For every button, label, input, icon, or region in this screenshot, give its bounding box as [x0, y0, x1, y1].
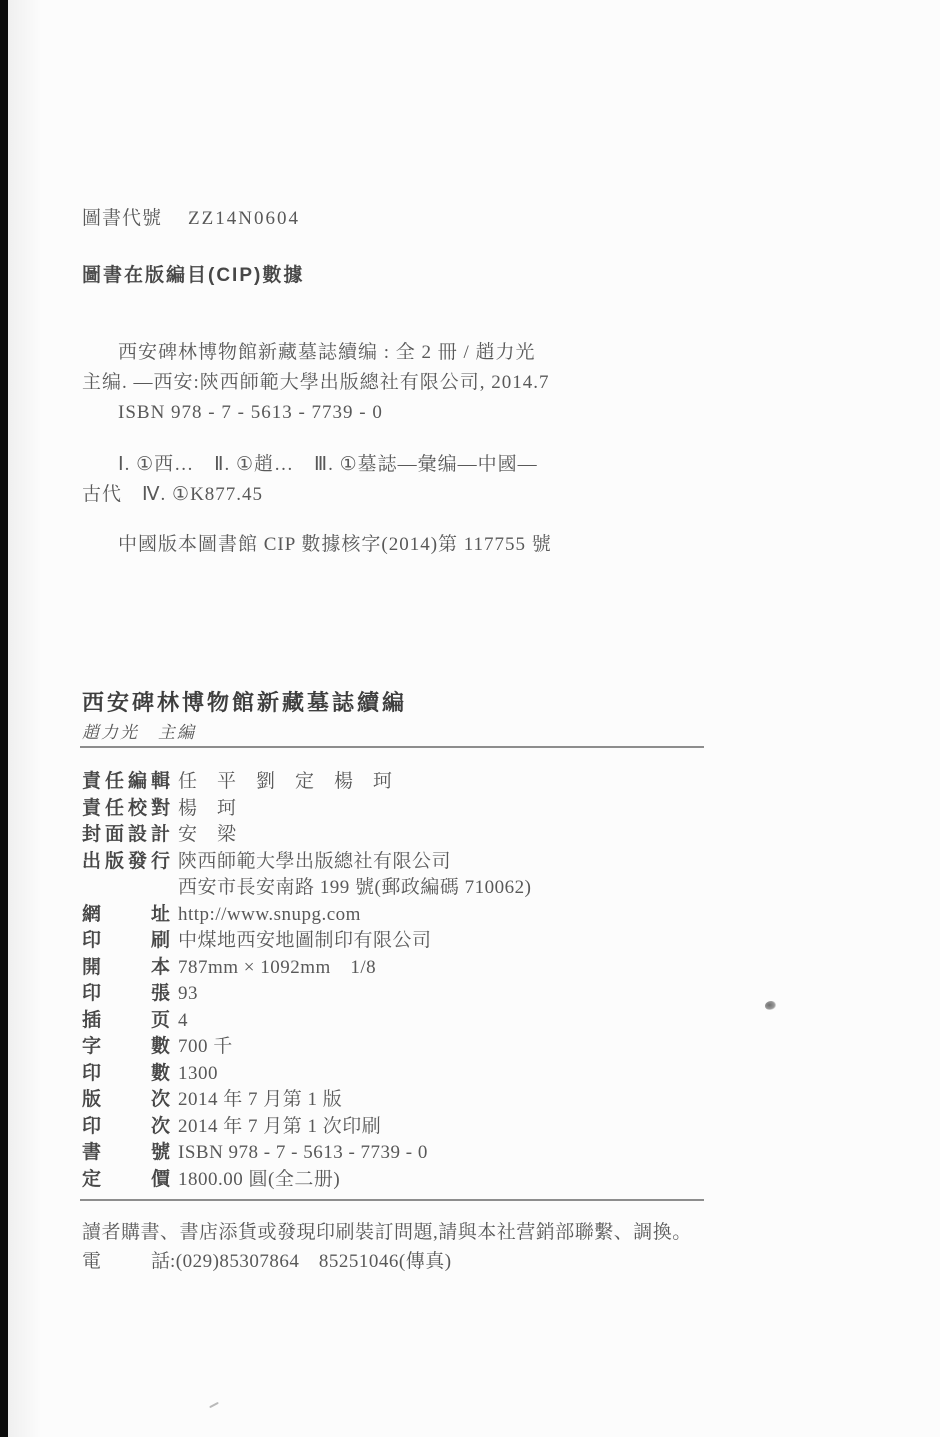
colophon-value: ISBN 978 - 7 - 5613 - 7739 - 0 [178, 1142, 428, 1164]
divider-top [80, 746, 704, 748]
colophon-value: 787mm × 1092mm 1/8 [178, 952, 376, 979]
phone-label: 電話 [82, 1246, 170, 1273]
colophon-row: 封面設計 安 梁 [82, 819, 682, 846]
book-code-value: ZZ14N0604 [188, 208, 300, 229]
colophon-row: 定價 1800.00 圓(全二册) [82, 1164, 682, 1191]
colophon-value: 93 [178, 983, 198, 1005]
colophon-row: 開本 787mm × 1092mm 1/8 [82, 952, 682, 979]
colophon-value: 任 平 劉 定 楊 珂 [178, 766, 393, 793]
colophon-table: 責任編輯 任 平 劉 定 楊 珂 責任校對 楊 珂 封面設計 安 梁 出版發行 … [82, 766, 682, 1190]
colophon-label: 印次 [82, 1111, 170, 1138]
scan-edge-bar [0, 0, 8, 1437]
colophon-row: 字數 700 千 [82, 1031, 682, 1058]
scan-left-shade [8, 0, 42, 1437]
colophon-row: 印數 1300 [82, 1058, 682, 1085]
book-code-label: 圖書代號 [82, 208, 162, 229]
cip-block: 西安碑林博物館新藏墓誌續编 : 全 2 冊 / 趙力光 主编. —西安:陝西師範… [82, 338, 550, 428]
book-title: 西安碑林博物館新藏墓誌續編 [82, 686, 407, 717]
colophon-row: 版次 2014 年 7 月第 1 版 [82, 1084, 682, 1111]
colophon-label: 開本 [82, 952, 170, 979]
colophon-label: 插页 [82, 1005, 170, 1032]
cip-classification: Ⅰ. ①西… Ⅱ. ①趙… Ⅲ. ①墓誌—彙编—中國— 古代 Ⅳ. ①K877.… [82, 450, 538, 510]
colophon-row: 責任校對 楊 珂 [82, 793, 682, 820]
colophon-label: 封面設計 [82, 819, 170, 846]
cip-publisher-line: 主编. —西安:陝西師範大學出版總社有限公司, 2014.7 [82, 368, 550, 398]
colophon-row: 西安市長安南路 199 號(郵政編碼 710062) [82, 872, 682, 899]
cip-isbn-line: ISBN 978 - 7 - 5613 - 7739 - 0 [82, 398, 550, 428]
colophon-value: 1800.00 圓(全二册) [178, 1164, 340, 1191]
colophon-value: 2014 年 7 月第 1 版 [178, 1084, 342, 1111]
book-code-line: 圖書代號ZZ14N0604 [82, 203, 300, 230]
colophon-label: 責任校對 [82, 793, 170, 820]
colophon-value: http://www.snupg.com [178, 904, 361, 926]
classification-line2: 古代 Ⅳ. ①K877.45 [82, 480, 538, 510]
cip-record-number: 中國版本圖書館 CIP 數據核字(2014)第 117755 號 [118, 529, 552, 556]
colophon-label: 書號 [82, 1137, 170, 1164]
cip-title-line: 西安碑林博物館新藏墓誌續编 : 全 2 冊 / 趙力光 [82, 338, 550, 368]
scan-speck [765, 1001, 776, 1010]
colophon-label: 版次 [82, 1084, 170, 1111]
colophon-label: 印張 [82, 978, 170, 1005]
colophon-row: 插页 4 [82, 1005, 682, 1032]
colophon-label: 責任編輯 [82, 766, 170, 793]
colophon-label: 定價 [82, 1164, 170, 1191]
colophon-label: 印數 [82, 1058, 170, 1085]
colophon-value: 陝西師範大學出版總社有限公司 [178, 846, 451, 873]
classification-line1: Ⅰ. ①西… Ⅱ. ①趙… Ⅲ. ①墓誌—彙编—中國— [82, 450, 538, 480]
colophon-label: 網址 [82, 899, 170, 926]
book-editor: 趙力光 主編 [82, 718, 196, 743]
cip-heading: 圖書在版編目(CIP)數據 [82, 260, 304, 287]
phone-value: :(029)85307864 85251046(傳真) [170, 1246, 452, 1273]
colophon-row: 印次 2014 年 7 月第 1 次印刷 [82, 1111, 682, 1138]
copyright-page: 圖書代號ZZ14N0604 圖書在版編目(CIP)數據 西安碑林博物館新藏墓誌續… [0, 0, 940, 1437]
divider-bottom [80, 1199, 704, 1201]
colophon-label: 出版發行 [82, 846, 170, 873]
colophon-value: 西安市長安南路 199 號(郵政編碼 710062) [178, 872, 531, 899]
colophon-label: 印刷 [82, 925, 170, 952]
colophon-value: 4 [178, 1010, 188, 1032]
colophon-value: 2014 年 7 月第 1 次印刷 [178, 1111, 381, 1138]
colophon-value: 中煤地西安地圖制印有限公司 [178, 925, 432, 952]
colophon-row: 印刷 中煤地西安地圖制印有限公司 [82, 925, 682, 952]
colophon-row: 出版發行 陝西師範大學出版總社有限公司 [82, 846, 682, 873]
colophon-row: 書號 ISBN 978 - 7 - 5613 - 7739 - 0 [82, 1137, 682, 1164]
colophon-row: 印張 93 [82, 978, 682, 1005]
colophon-value: 楊 珂 [178, 793, 237, 820]
scan-stray-mark [209, 1402, 219, 1408]
colophon-value: 700 千 [178, 1031, 233, 1058]
colophon-row: 網址 http://www.snupg.com [82, 899, 682, 926]
colophon-value: 1300 [178, 1063, 218, 1085]
colophon-label: 字數 [82, 1031, 170, 1058]
colophon-row: 責任編輯 任 平 劉 定 楊 珂 [82, 766, 682, 793]
reader-note: 讀者購書、書店添貨或發現印刷裝訂問題,請與本社营銷部聯繫、調換。 [82, 1217, 692, 1244]
colophon-value: 安 梁 [178, 819, 237, 846]
phone-line: 電話 :(029)85307864 85251046(傳真) [82, 1246, 452, 1273]
